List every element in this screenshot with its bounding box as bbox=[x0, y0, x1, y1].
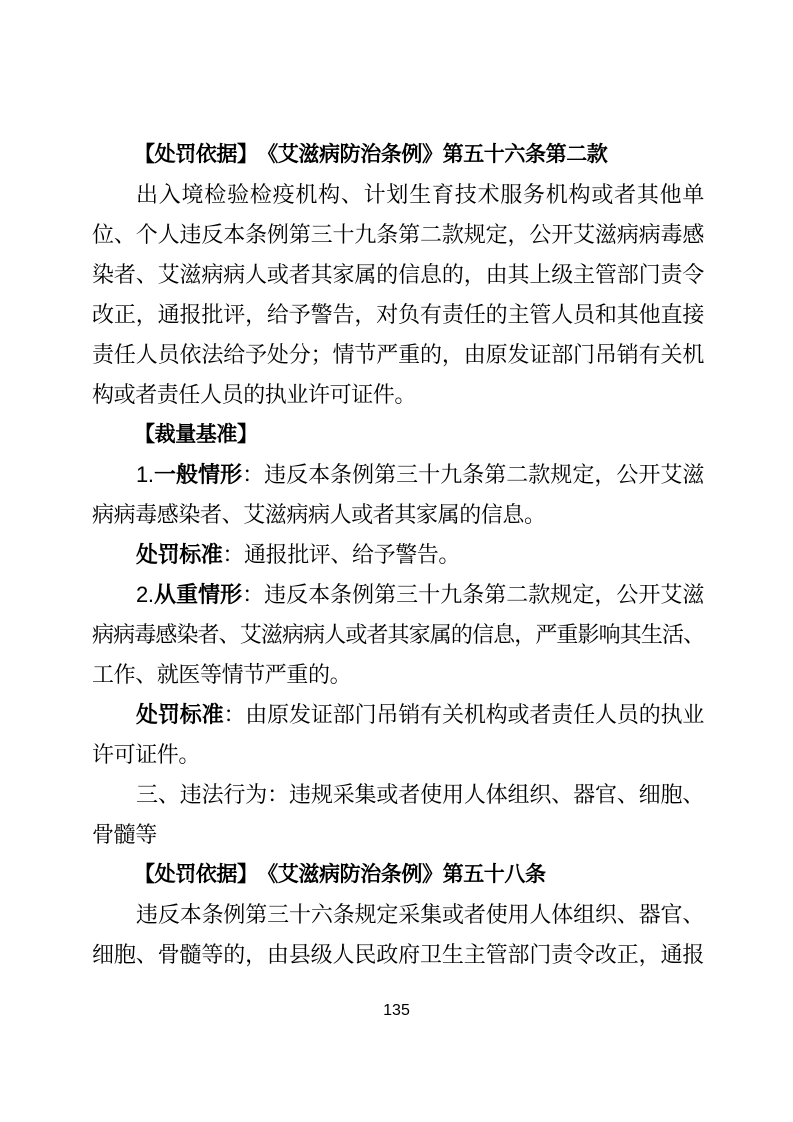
text-line: 处罚标准：通报批评、给予警告。 bbox=[92, 535, 704, 575]
general-circumstance-item: 1.一般情形：违反本条例第三十九条第二款规定，公开艾滋病病毒感染者、艾滋病病人或… bbox=[92, 455, 704, 535]
aggravated-circumstance-item: 2.从重情形：违反本条例第三十九条第二款规定，公开艾滋病病毒感染者、艾滋病病人或… bbox=[92, 575, 704, 695]
text-run: 病病毒感染者、艾滋病病人或者其家属的信息。 bbox=[92, 502, 546, 527]
text-line: 骨髓等 bbox=[92, 815, 704, 855]
heading-line: 【处罚依据】 《艾滋病防治条例》第五十六条第二款 bbox=[92, 135, 704, 175]
text-run: ：通报批评、给予警告。 bbox=[222, 542, 460, 567]
text-line: 构或者责任人员的执业许可证件。 bbox=[92, 375, 704, 415]
text-run: 染者、艾滋病病人或者其家属的信息的，由其上级主管部门责令 bbox=[92, 262, 704, 287]
text-run: 改正，通报批评，给予警告，对负有责任的主管人员和其他直接 bbox=[92, 302, 704, 327]
text-run: 细胞、骨髓等的，由县级人民政府卫生主管部门责令改正，通报 bbox=[92, 942, 704, 967]
heading-line: 【裁量基准】 bbox=[92, 415, 704, 455]
text-line: 细胞、骨髓等的，由县级人民政府卫生主管部门责令改正，通报 bbox=[92, 935, 704, 975]
text-run: 工作、就医等情节严重的。 bbox=[92, 662, 351, 687]
general-penalty-standard: 处罚标准：通报批评、给予警告。 bbox=[92, 535, 704, 575]
text-line: 位、个人违反本条例第三十九条第二款规定，公开艾滋病病毒感 bbox=[92, 215, 704, 255]
bold-text-run: 【裁量基准】 bbox=[134, 423, 258, 446]
text-run: 位、个人违反本条例第三十九条第二款规定，公开艾滋病病毒感 bbox=[92, 222, 704, 247]
text-run: ：违反本条例第三十九条第二款规定，公开艾滋 bbox=[242, 582, 704, 607]
text-run: 三、违法行为：违规采集或者使用人体组织、器官、细胞、 bbox=[136, 782, 704, 807]
text-run: 构或者责任人员的执业许可证件。 bbox=[92, 382, 416, 407]
text-run: 责任人员依法给予处分；情节严重的，由原发证部门吊销有关机 bbox=[92, 342, 704, 367]
text-run: 违反本条例第三十六条规定采集或者使用人体组织、器官、 bbox=[136, 902, 704, 927]
article-56-paragraph-2-provision: 出入境检验检疫机构、计划生育技术服务机构或者其他单位、个人违反本条例第三十九条第… bbox=[92, 175, 704, 415]
article-58-provision: 违反本条例第三十六条规定采集或者使用人体组织、器官、细胞、骨髓等的，由县级人民政… bbox=[92, 895, 704, 975]
text-line: 处罚标准：由原发证部门吊销有关机构或者责任人员的执业 bbox=[92, 695, 704, 735]
page-number: 135 bbox=[0, 1001, 793, 1021]
text-line: 出入境检验检疫机构、计划生育技术服务机构或者其他单 bbox=[92, 175, 704, 215]
bold-text-run: 【处罚依据】 《艾滋病防治条例》第五十八条 bbox=[134, 863, 546, 886]
text-run: 病病毒感染者、艾滋病病人或者其家属的信息，严重影响其生活、 bbox=[92, 622, 704, 647]
text-line: 工作、就医等情节严重的。 bbox=[92, 655, 704, 695]
text-line: 三、违法行为：违规采集或者使用人体组织、器官、细胞、 bbox=[92, 775, 704, 815]
text-line: 责任人员依法给予处分；情节严重的，由原发证部门吊销有关机 bbox=[92, 335, 704, 375]
discretion-benchmark-heading: 【裁量基准】 bbox=[92, 415, 704, 455]
penalty-basis-heading-art56: 【处罚依据】 《艾滋病防治条例》第五十六条第二款 bbox=[92, 135, 704, 175]
bold-text-run: 处罚标准 bbox=[136, 542, 222, 567]
text-line: 病病毒感染者、艾滋病病人或者其家属的信息，严重影响其生活、 bbox=[92, 615, 704, 655]
heading-line: 【处罚依据】 《艾滋病防治条例》第五十八条 bbox=[92, 855, 704, 895]
text-line: 染者、艾滋病病人或者其家属的信息的，由其上级主管部门责令 bbox=[92, 255, 704, 295]
text-run: 许可证件。 bbox=[92, 742, 200, 767]
aggravated-penalty-standard: 处罚标准：由原发证部门吊销有关机构或者责任人员的执业许可证件。 bbox=[92, 695, 704, 775]
bold-text-run: 处罚标准 bbox=[136, 702, 223, 727]
illegal-act-3-intro: 三、违法行为：违规采集或者使用人体组织、器官、细胞、骨髓等 bbox=[92, 775, 704, 855]
text-line: 2.从重情形：违反本条例第三十九条第二款规定，公开艾滋 bbox=[92, 575, 704, 615]
text-run: ：违反本条例第三十九条第二款规定，公开艾滋 bbox=[242, 462, 704, 487]
text-line: 许可证件。 bbox=[92, 735, 704, 775]
text-line: 1.一般情形：违反本条例第三十九条第二款规定，公开艾滋 bbox=[92, 455, 704, 495]
penalty-basis-heading-art58: 【处罚依据】 《艾滋病防治条例》第五十八条 bbox=[92, 855, 704, 895]
text-line: 改正，通报批评，给予警告，对负有责任的主管人员和其他直接 bbox=[92, 295, 704, 335]
text-run: 骨髓等 bbox=[92, 822, 157, 847]
document-page: 【处罚依据】 《艾滋病防治条例》第五十六条第二款出入境检验检疫机构、计划生育技术… bbox=[0, 0, 793, 1122]
bold-text-run: 从重情形 bbox=[154, 582, 243, 607]
text-line: 违反本条例第三十六条规定采集或者使用人体组织、器官、 bbox=[92, 895, 704, 935]
text-line: 病病毒感染者、艾滋病病人或者其家属的信息。 bbox=[92, 495, 704, 535]
text-run: 1. bbox=[136, 462, 154, 487]
text-run: 2. bbox=[136, 582, 154, 607]
document-content: 【处罚依据】 《艾滋病防治条例》第五十六条第二款出入境检验检疫机构、计划生育技术… bbox=[92, 135, 704, 975]
text-run: 出入境检验检疫机构、计划生育技术服务机构或者其他单 bbox=[136, 182, 704, 207]
text-run: ：由原发证部门吊销有关机构或者责任人员的执业 bbox=[223, 702, 704, 727]
bold-text-run: 一般情形 bbox=[154, 462, 243, 487]
bold-text-run: 【处罚依据】 《艾滋病防治条例》第五十六条第二款 bbox=[134, 143, 607, 166]
